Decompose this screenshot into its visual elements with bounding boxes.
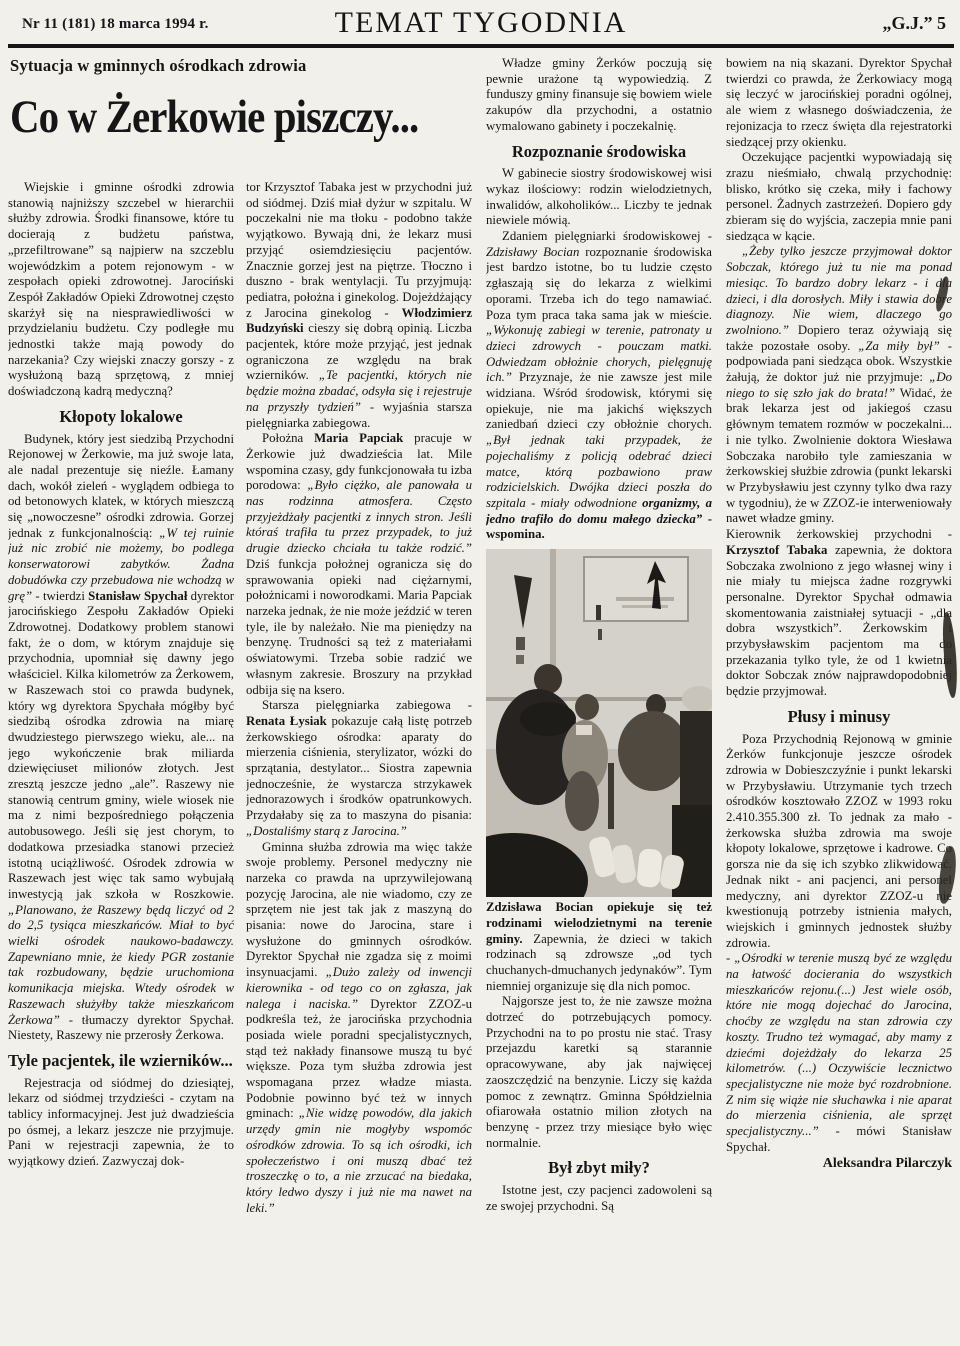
text-segment: tor Krzysztof Tabaka jest w przychodni j… <box>246 180 472 320</box>
text-segment: Renata Łysiak <box>246 714 327 728</box>
waiting-room-photo-graphic <box>486 549 712 897</box>
paragraph: Budynek, który jest siedzibą Przychodni … <box>8 432 234 1044</box>
byline: Aleksandra Pilarczyk <box>726 1156 952 1172</box>
paragraph: W gabinecie siostry środowiskowej wisi w… <box>486 166 712 229</box>
kicker: Sytuacja w gminnych ośrodkach zdrowia <box>10 56 472 76</box>
section-heading-wzierniki: Tyle pacjentek, ile wzierników... <box>8 1053 234 1069</box>
text-segment: Rejestracja od siódmej do dziesiątej, le… <box>8 1076 234 1169</box>
text-segment: Dziś funkcja położnej ogranicza się do s… <box>246 557 472 697</box>
text-segment: Maria Papciak <box>314 431 403 445</box>
text-segment: Dyrektor ZZOZ-u podkreśla też, że jaroci… <box>246 997 472 1121</box>
paragraph: Istotne jest, czy pacjenci zadowoleni są… <box>486 1183 712 1214</box>
text-segment: Zdaniem pielęgniarki środowiskowej - <box>502 229 712 243</box>
text-segment: zapewnia, że doktora Sobczaka zwolniono … <box>726 543 952 698</box>
paragraph: Rejestracja od siódmej do dziesiątej, le… <box>8 1076 234 1170</box>
page-marker: „G.J.” 5 <box>882 13 946 34</box>
text-segment: Starsza pielęgniarka zabiegowa - <box>262 698 472 712</box>
paragraph: Położna Maria Papciak pracuje w Żerkowie… <box>246 431 472 698</box>
text-segment: Widać, że brak lekarza jest od jakiegoś … <box>726 386 952 526</box>
text-segment: Stanisław Spychał <box>88 589 187 603</box>
text-segment: Poza Przychodnią Rejonową w gminie Żerkó… <box>726 732 952 950</box>
text-segment: pokazuje całą listę potrzeb żerkowskiego… <box>246 714 472 822</box>
text-segment: - twierdzi <box>32 589 88 603</box>
paragraph: Starsza pielęgniarka zabiegowa - Renata … <box>246 698 472 839</box>
photo-caption: Zdzisława Bocian opiekuje się też rodzin… <box>486 900 712 994</box>
text-segment: Władze gminy Żerków poczują się pewnie u… <box>486 56 712 133</box>
paragraph: „Żeby tylko jeszcze przyjmował doktor So… <box>726 244 952 527</box>
section-heading-klopoty: Kłopoty lokalowe <box>8 409 234 425</box>
text-segment: - <box>726 951 734 965</box>
text-segment: „Nie widzę powodów, dla jakich urzędy gm… <box>246 1106 472 1214</box>
paragraph: Władze gminy Żerków poczują się pewnie u… <box>486 56 712 135</box>
text-segment: „Za miły był” <box>858 339 939 353</box>
paragraph: Oczekujące pacjentki wypowiadają się zra… <box>726 150 952 244</box>
column-2: tor Krzysztof Tabaka jest w przychodni j… <box>246 180 472 1340</box>
text-segment: Wiejskie i gminne ośrodki zdrowia stanow… <box>8 180 234 398</box>
newspaper-page: Nr 11 (181) 18 marca 1994 r. TEMAT TYGOD… <box>0 0 960 1346</box>
text-segment: „Ośrodki w terenie muszą być ze względu … <box>726 951 952 1138</box>
paragraph: Poza Przychodnią Rejonową w gminie Żerkó… <box>726 732 952 952</box>
text-segment: Budynek, który jest siedzibą Przychodni … <box>8 432 234 540</box>
column-1: Wiejskie i gminne ośrodki zdrowia stanow… <box>8 180 234 1340</box>
paragraph: bowiem na nią skazani. Dyrektor Spychał … <box>726 56 952 150</box>
paragraph: Gminna służba zdrowia ma więc także swoj… <box>246 840 472 1217</box>
text-segment: Najgorsze jest to, że nie zawsze można d… <box>486 994 712 1149</box>
section-title: TEMAT TYGODNIA <box>8 6 954 40</box>
text-segment: W gabinecie siostry środowiskowej wisi w… <box>486 166 712 227</box>
paragraph: tor Krzysztof Tabaka jest w przychodni j… <box>246 180 472 431</box>
text-segment: Gminna służba zdrowia ma więc także swoj… <box>246 840 472 980</box>
paragraph: Zdaniem pielęgniarki środowiskowej - Zdz… <box>486 229 712 543</box>
column-3: Władze gminy Żerków poczują się pewnie u… <box>486 56 712 1342</box>
text-segment: Przyznaje, że nie zawsze jest mile widzi… <box>486 370 712 431</box>
text-segment: Istotne jest, czy pacjenci zadowoleni są… <box>486 1183 712 1213</box>
masthead: Nr 11 (181) 18 marca 1994 r. TEMAT TYGOD… <box>8 4 954 48</box>
text-segment: Krzysztof Tabaka <box>726 543 827 557</box>
paragraph: Najgorsze jest to, że nie zawsze można d… <box>486 994 712 1151</box>
column-4: bowiem na nią skazani. Dyrektor Spychał … <box>726 56 952 1342</box>
paragraph: Kierownik żerkowskiej przychodni - Krzys… <box>726 527 952 700</box>
headline: Co w Żerkowie piszczy... <box>10 94 412 141</box>
text-segment: Kierownik żerkowskiej przychodni - <box>726 527 952 541</box>
text-segment: „Dostaliśmy starą z Jarocina.” <box>246 824 407 838</box>
section-heading-rozpoznanie: Rozpoznanie środowiska <box>486 144 712 160</box>
text-segment: Położna <box>262 431 314 445</box>
text-segment: „Planowano, że Raszewy będą liczyć od 2 … <box>8 903 234 1027</box>
text-segment: Oczekujące pacjentki wypowiadają się zra… <box>726 150 952 243</box>
waiting-room-photo <box>486 549 712 897</box>
text-segment: dyrektor jarocińskiego Zespołu Zakładów … <box>8 589 234 901</box>
section-heading-plusy: Płusy i minusy <box>726 709 952 725</box>
paragraph: - „Ośrodki w terenie muszą być ze względ… <box>726 951 952 1155</box>
section-heading-mily: Był zbyt miły? <box>486 1160 712 1176</box>
text-segment: Zdzisławy Bocian <box>486 245 579 259</box>
text-segment: bowiem na nią skazani. Dyrektor Spychał … <box>726 56 952 149</box>
headline-block: Sytuacja w gminnych ośrodkach zdrowia Co… <box>10 56 472 141</box>
paragraph: Wiejskie i gminne ośrodki zdrowia stanow… <box>8 180 234 400</box>
